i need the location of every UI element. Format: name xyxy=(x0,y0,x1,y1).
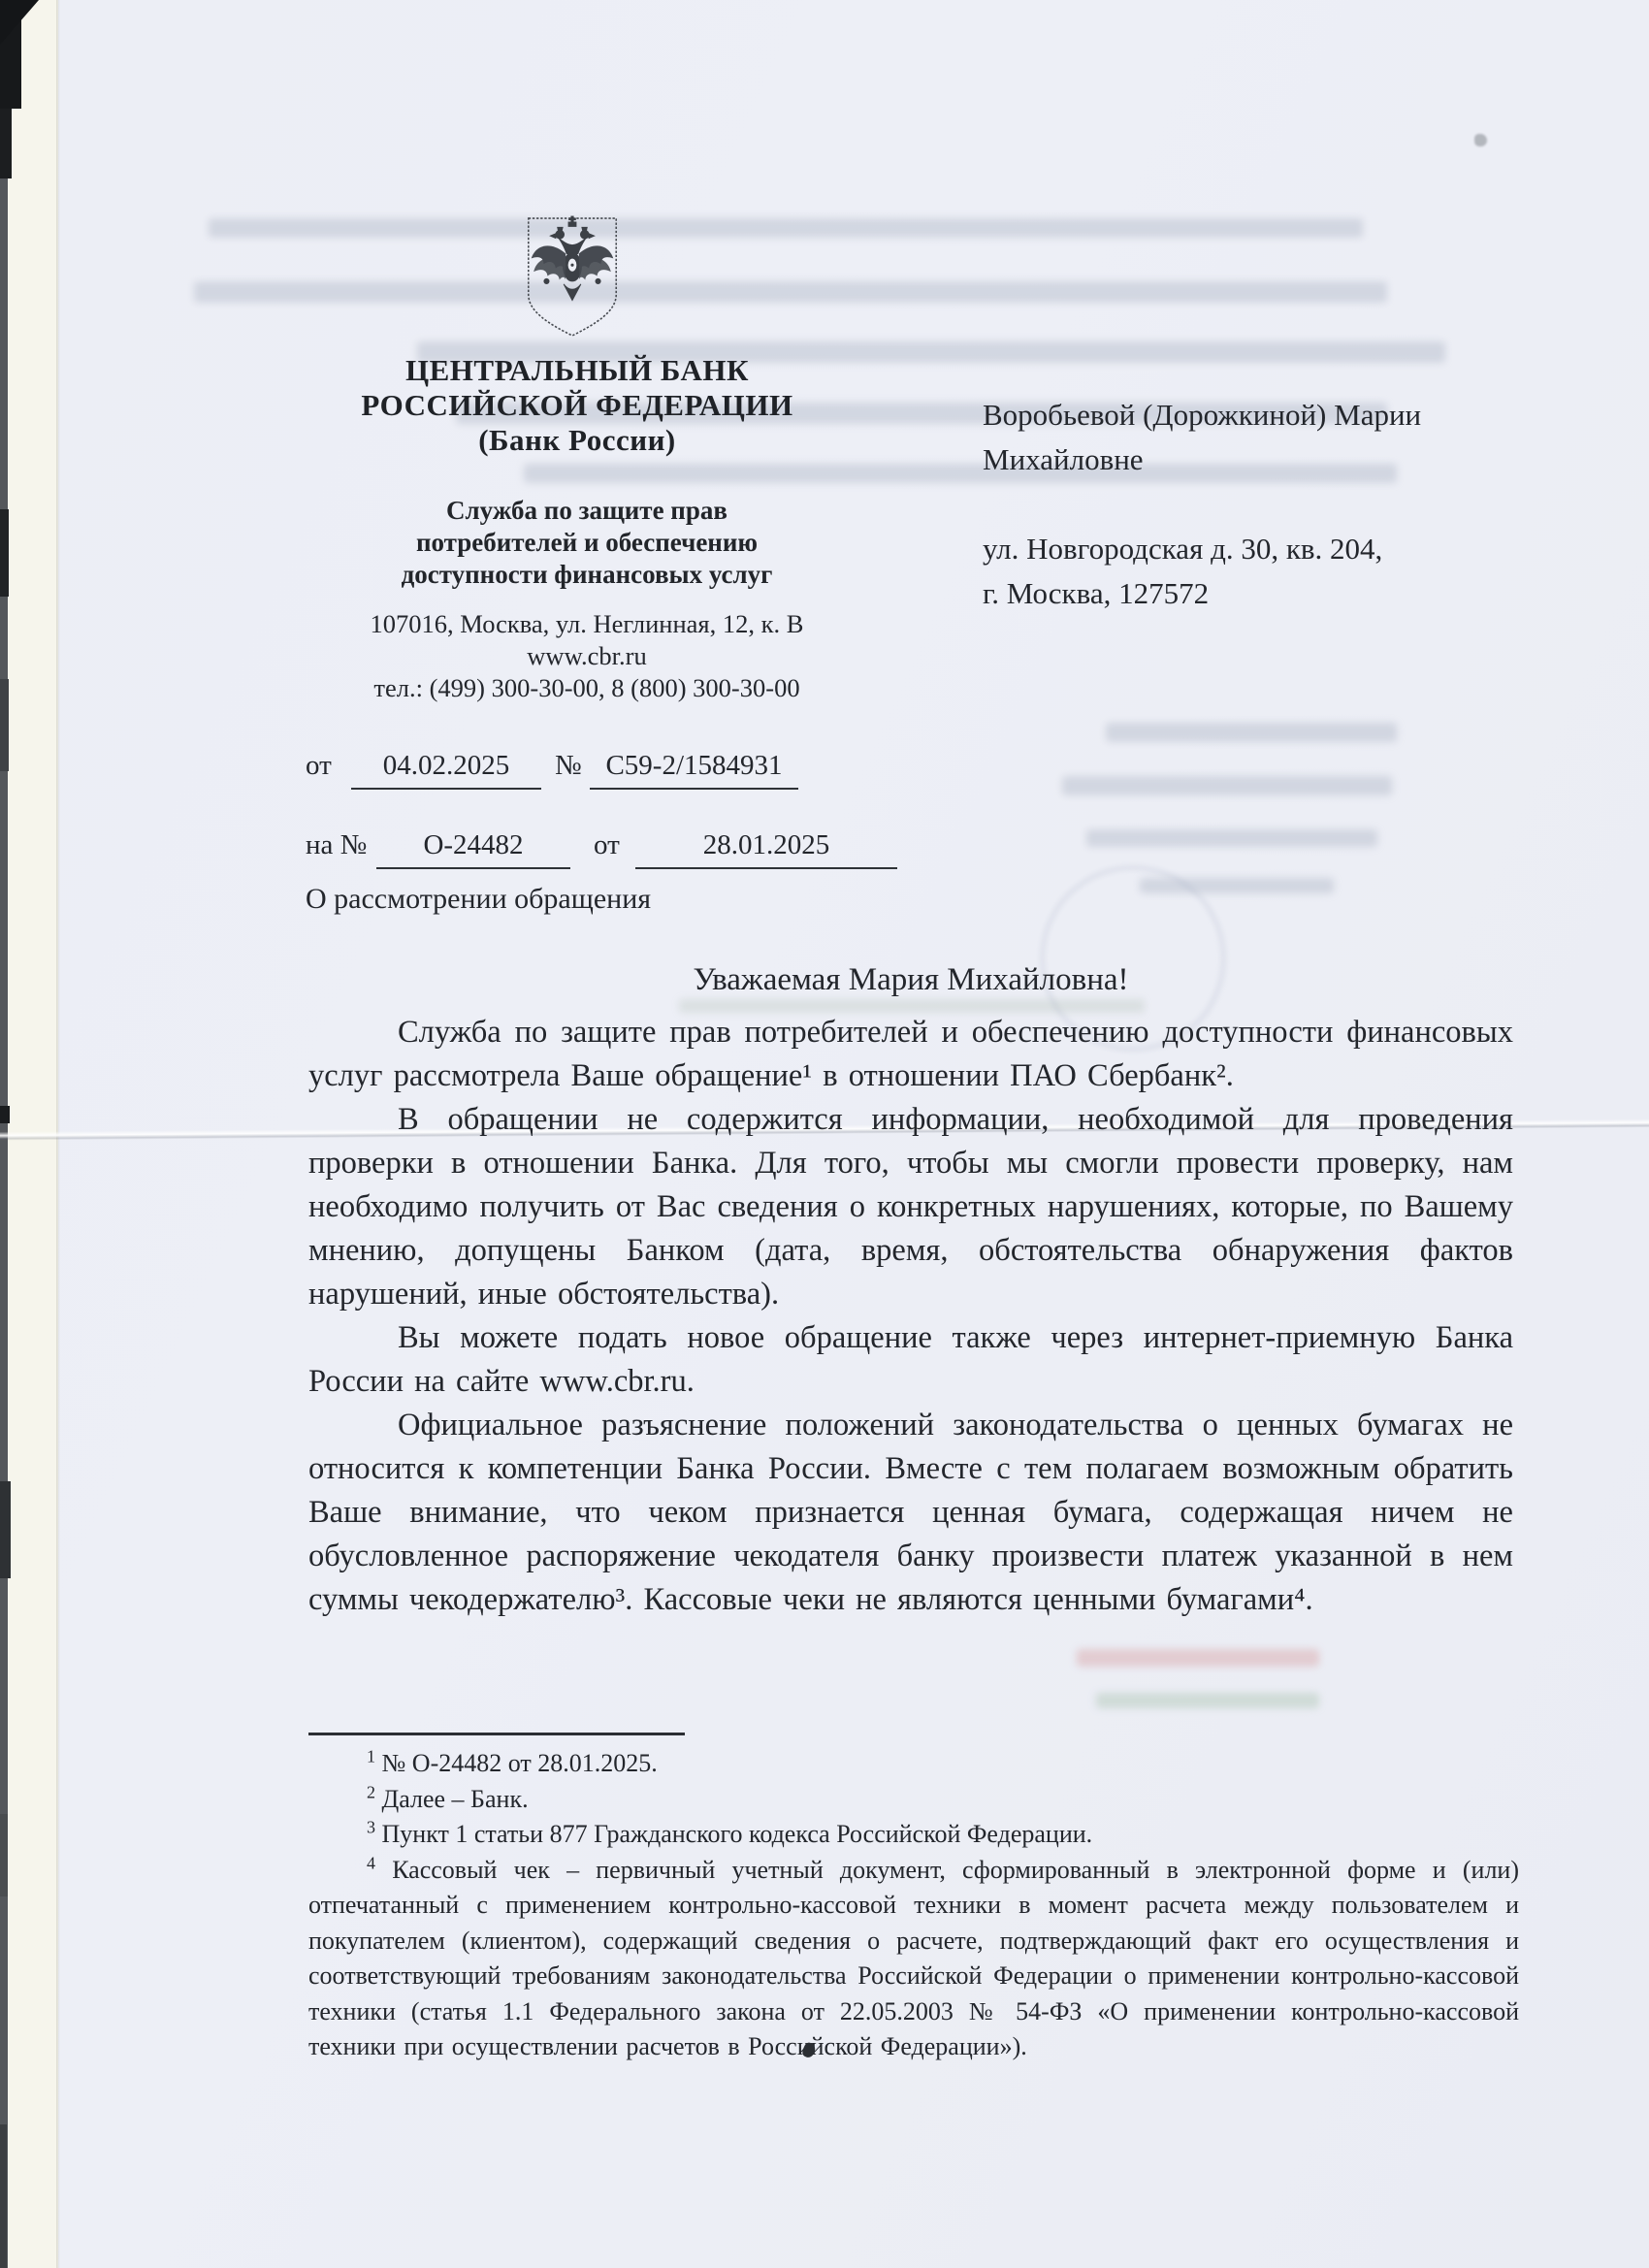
footnote-item: 1 № О-24482 от 28.01.2025. xyxy=(308,1746,1519,1782)
outgoing-date-label: от xyxy=(306,750,332,782)
footnote-item: 3 Пункт 1 статьи 877 Гражданского кодекс… xyxy=(308,1817,1519,1853)
scan-edge-mark xyxy=(0,1106,10,1123)
scan-corner-artifact xyxy=(0,0,39,45)
department-line1: Служба по защите прав xyxy=(296,495,878,527)
footnote-marker: 2 xyxy=(367,1782,375,1801)
salutation: Уважаемая Мария Михайловна! xyxy=(308,962,1513,998)
org-name-line1: ЦЕНТРАЛЬНЫЙ БАНК xyxy=(296,353,858,388)
footnote-item: 4 Кассовый чек – первичный учетный докум… xyxy=(308,1853,1519,2065)
scan-speck xyxy=(1474,134,1487,146)
scan-edge-mark xyxy=(0,1814,8,1896)
body-paragraph: Служба по защите прав потребителей и обе… xyxy=(308,1011,1513,1098)
recipient-address-line2: г. Москва, 127572 xyxy=(983,571,1536,616)
footnote-text: Далее – Банк. xyxy=(382,1785,529,1813)
recipient-address-line1: ул. Новгородская д. 30, кв. 204, xyxy=(983,527,1536,571)
bleedthrough-artifact xyxy=(1106,723,1397,742)
footnote-text: Кассовый чек – первичный учетный докумен… xyxy=(308,1856,1519,2061)
scanned-letter-page: ЦЕНТРАЛЬНЫЙ БАНК РОССИЙСКОЙ ФЕДЕРАЦИИ (Б… xyxy=(0,0,1649,2268)
phone-numbers: тел.: (499) 300-30-00, 8 (800) 300-30-00 xyxy=(291,672,883,704)
footnote-marker: 1 xyxy=(367,1746,375,1766)
bleedthrough-artifact xyxy=(209,218,1363,238)
letterhead-org-name: ЦЕНТРАЛЬНЫЙ БАНК РОССИЙСКОЙ ФЕДЕРАЦИИ (Б… xyxy=(296,353,858,458)
org-name-line2: РОССИЙСКОЙ ФЕДЕРАЦИИ xyxy=(296,388,858,423)
recipient-name-line2: Михайловне xyxy=(983,437,1536,482)
footnote-text: Пункт 1 статьи 877 Гражданского кодекса … xyxy=(382,1820,1093,1848)
footnote-marker: 4 xyxy=(367,1853,375,1872)
bleedthrough-artifact xyxy=(1077,1649,1319,1667)
scan-edge-mark xyxy=(0,109,12,178)
scan-edge-mark xyxy=(0,509,9,597)
scan-edge-mark xyxy=(0,2124,7,2268)
outgoing-number-value: С59-2/1584931 xyxy=(590,750,798,790)
incoming-reference-row: на № О-24482 от 28.01.2025 xyxy=(0,829,1649,874)
letterhead-contacts: 107016, Москва, ул. Неглинная, 12, к. В … xyxy=(291,608,883,704)
body-paragraph: Официальное разъяснение положений законо… xyxy=(308,1404,1513,1622)
website: www.cbr.ru xyxy=(291,640,883,672)
org-name-line3: (Банк России) xyxy=(296,423,858,458)
incoming-date-label: от xyxy=(594,829,620,861)
outgoing-reference-row: от 04.02.2025 № С59-2/1584931 xyxy=(0,750,1649,794)
postal-address: 107016, Москва, ул. Неглинная, 12, к. В xyxy=(291,608,883,640)
letter-subject: О рассмотрении обращения xyxy=(306,883,651,916)
footnote-separator xyxy=(308,1733,685,1735)
footnotes-block: 1 № О-24482 от 28.01.2025. 2 Далее – Бан… xyxy=(308,1746,1519,2065)
footnote-item: 2 Далее – Банк. xyxy=(308,1782,1519,1818)
incoming-date-value: 28.01.2025 xyxy=(635,829,897,869)
letterhead-department: Служба по защите прав потребителей и обе… xyxy=(296,495,878,591)
department-line3: доступности финансовых услуг xyxy=(296,559,878,591)
bleedthrough-artifact xyxy=(1096,1693,1319,1708)
recipient-block: Воробьевой (Дорожкиной) Марии Михайловне… xyxy=(983,393,1536,616)
incoming-number-label: на № xyxy=(306,829,367,861)
recipient-name-line1: Воробьевой (Дорожкиной) Марии xyxy=(983,393,1536,437)
footnote-marker: 3 xyxy=(367,1817,375,1836)
incoming-number-value: О-24482 xyxy=(376,829,570,869)
coat-of-arms-emblem xyxy=(515,208,630,347)
outgoing-date-value: 04.02.2025 xyxy=(351,750,541,790)
scan-edge-mark xyxy=(0,1481,11,1578)
outgoing-number-label: № xyxy=(555,750,582,782)
footnote-text: № О-24482 от 28.01.2025. xyxy=(382,1749,658,1777)
body-paragraph: Вы можете подать новое обращение также ч… xyxy=(308,1316,1513,1404)
body-paragraph: В обращении не содержится информации, не… xyxy=(308,1098,1513,1316)
double-headed-eagle-icon xyxy=(515,208,630,347)
department-line2: потребителей и обеспечению xyxy=(296,527,878,559)
letter-body: Служба по защите прав потребителей и обе… xyxy=(308,1011,1513,1622)
bleedthrough-artifact xyxy=(194,281,1387,303)
